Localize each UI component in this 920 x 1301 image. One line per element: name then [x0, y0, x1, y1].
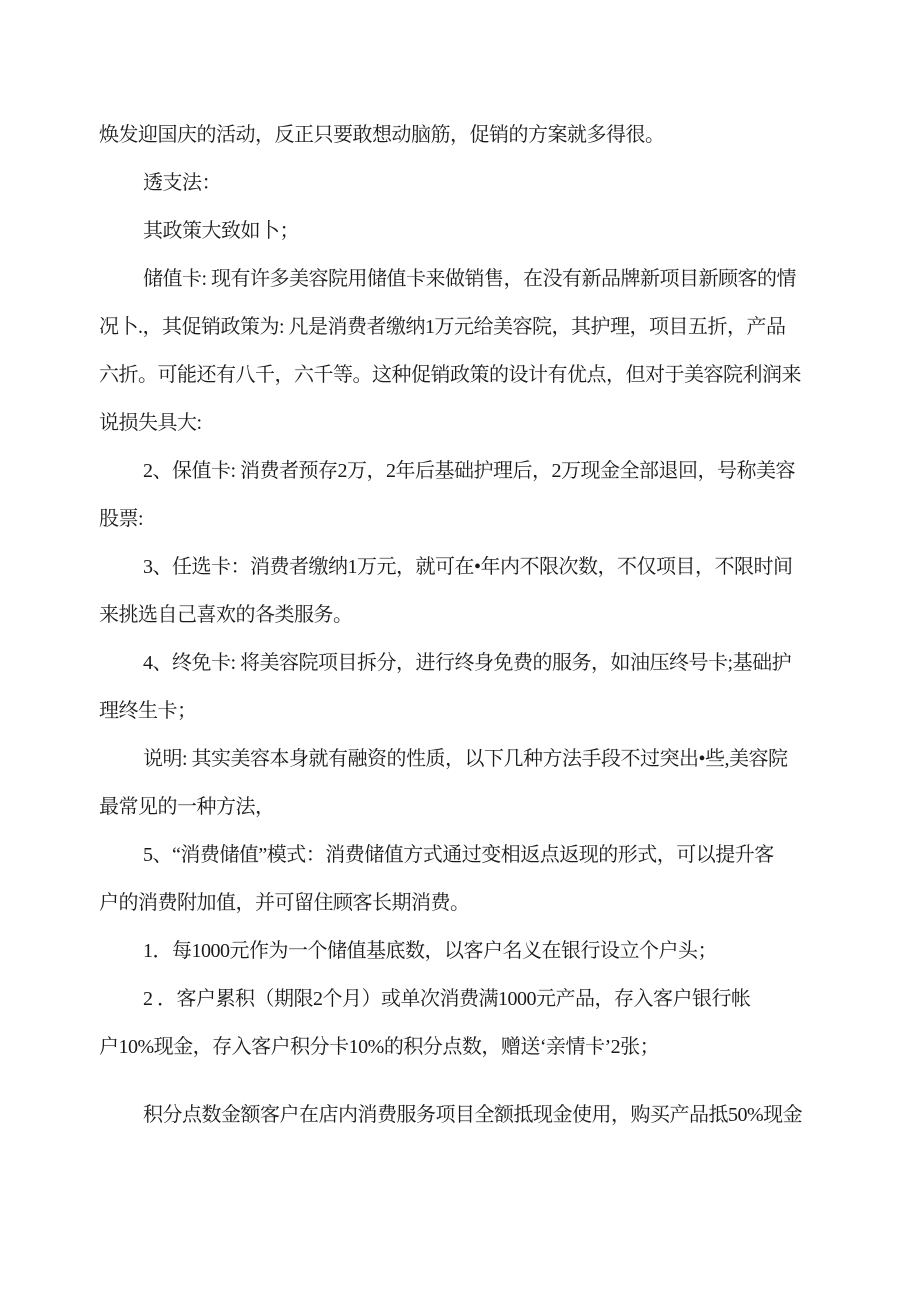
document-body: 焕发迎国庆的活动，反正只要敢想动脑筋，促销的方案就多得很。透支法：其政策大致如卜… [99, 111, 860, 1139]
text-line: 3、任选卡：消费者缴纳1万元，就可在•年内不限次数，不仅项目，不限时间 [99, 543, 860, 591]
text-line: 说明: 其实美容本身就有融资的性质，以下几种方法手段不过突出•些,美容院 [99, 735, 860, 783]
text-line: 来挑选自己喜欢的各类服务。 [99, 591, 860, 639]
text-line: 其政策大致如卜； [99, 207, 860, 255]
text-line: 1．每1000元作为一个储值基底数，以客户名义在银行设立个户头； [99, 927, 860, 975]
text-line: 4、终免卡: 将美容院项目拆分，进行终身免费的服务，如油压终号卡;基础护 [99, 639, 860, 687]
text-line: 理终生卡； [99, 687, 860, 735]
text-line: 5、“消费储值”模式：消费储值方式通过变相返点返现的形式，可以提升客 [99, 831, 860, 879]
text-line: 积分点数金额客户在店内消费服务项目全额抵现金使用，购买产品抵50%现金 [99, 1091, 860, 1139]
text-line: 况卜.，其促销政策为: 凡是消费者缴纳1万元给美容院，其护理，项目五折，产品 [99, 303, 860, 351]
text-line: 储值卡: 现有许多美容院用储值卡来做销售，在没有新品牌新项目新顾客的情 [99, 255, 860, 303]
text-line: 股票: [99, 495, 860, 543]
text-line: 最常见的一种方法， [99, 783, 860, 831]
text-line: 户的消费附加值，并可留住顾客长期消费。 [99, 879, 860, 927]
document-page: 焕发迎国庆的活动，反正只要敢想动脑筋，促销的方案就多得很。透支法：其政策大致如卜… [0, 0, 920, 1301]
text-line: 2、保值卡: 消费者预存2万，2年后基础护理后，2万现金全部退回，号称美容 [99, 447, 860, 495]
text-line: 2 ．客户累积（期限2个月）或单次消费满1000元产品，存入客户银行帐 [99, 975, 860, 1023]
text-line: 焕发迎国庆的活动，反正只要敢想动脑筋，促销的方案就多得很。 [99, 111, 860, 159]
text-line: 六折。可能还有八千，六千等。这种促销政策的设计有优点，但对于美容院利润来 [99, 351, 860, 399]
text-line: 透支法： [99, 159, 860, 207]
text-line: 户10%现金，存入客户积分卡10%的积分点数，赠送‘亲情卡’2张； [99, 1023, 860, 1071]
text-line: 说损失具大: [99, 399, 860, 447]
